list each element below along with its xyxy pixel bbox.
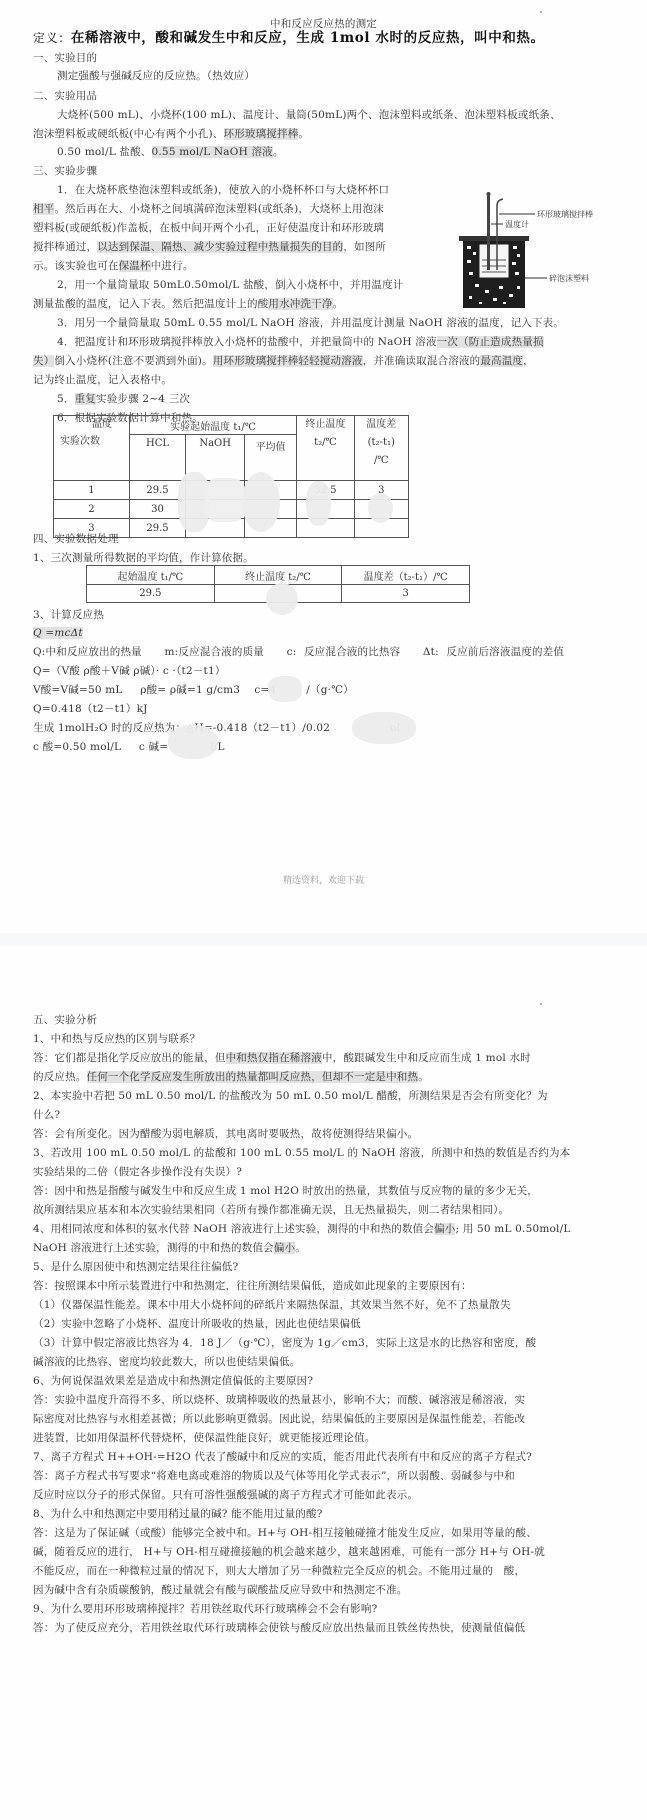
step1-line-1: 1．在大烧杯底垫泡沫塑料或纸条)，使放入的小烧杯杯口与大烧杯杯口 bbox=[57, 183, 389, 197]
materials-line-1: 大烧杯(500 mL)、小烧杯(100 mL)、温度计、量筒(50mL)两个、泡… bbox=[57, 108, 561, 122]
figure-label-stirrer: 环形玻璃搅拌棒 bbox=[537, 209, 593, 220]
text: t₂/℃ bbox=[297, 434, 353, 452]
answer-8-line-4: 因为碱中含有杂质碳酸钠，酸过量就会有酸与碳酸盐反应导致中和热测定不准。 bbox=[33, 1583, 408, 1597]
text: 0.50 mol/L 盐酸、 bbox=[57, 146, 152, 158]
text: Δt: 反应前后溶液温度的差值 bbox=[423, 646, 564, 658]
question-8: 8、为什么中和热测定中要用稍过量的碱? 能不能用过量的酸? bbox=[33, 1507, 323, 1521]
answer-3-line-1: 答：因中和热是指酸与碱发生中和反应生成 1 mol H2O 时放出的热量，其数值… bbox=[33, 1184, 538, 1198]
answer-7-line-2: 反应时应以分子的形式保留。只有可溶性强酸强碱的离子方程式才可能如此表示。 bbox=[33, 1488, 418, 1502]
answer-5-intro: 答：按照课本中所示装置进行中和热测定，往往所测结果偏低，造成如此现象的主要原因有… bbox=[33, 1279, 472, 1293]
highlight: 0.55 mol/L NaOH 溶液 bbox=[152, 146, 273, 158]
cell: 29.5 bbox=[129, 519, 185, 538]
definition-label: 定义： bbox=[33, 31, 71, 45]
answer-6-line-1: 答：实验中温度升高得不多，所以烧杯、玻璃棒吸收的热量甚小，影响不大；而酸、碱溶液… bbox=[33, 1393, 525, 1407]
highlight: 最高温度 bbox=[480, 355, 523, 367]
text: ρ酸= ρ碱=1 g/cm3 bbox=[140, 684, 240, 696]
text: c: 反应混合液的比热容 bbox=[287, 646, 401, 658]
text: ，并准确读取混合溶液的 bbox=[363, 355, 481, 367]
question-9: 9、为什么要用环形玻璃棒搅拌？若用铁丝取代环行玻璃棒会不会有影响? bbox=[33, 1602, 377, 1616]
redaction-blob bbox=[242, 472, 280, 532]
text: Q:中和反应放出的热量 bbox=[33, 646, 142, 658]
col-hcl: HCL bbox=[129, 435, 185, 481]
question-5: 5、是什么原因使中和热测定结果往往偏低? bbox=[33, 1260, 238, 1274]
section-heading-data: 四、实验数据处理 bbox=[33, 532, 119, 546]
answer-1-line-2: 的反应热。任何一个化学反应发生所放出的热量都叫反应热，但却不一定是中和热。 bbox=[33, 1070, 429, 1084]
text: c 碱= bbox=[139, 741, 168, 753]
corner-bottom: 实验次数 bbox=[60, 433, 129, 450]
highlight: 中和热仅指在稀溶液 bbox=[226, 1052, 322, 1064]
cell: 2 bbox=[54, 500, 130, 519]
redaction-blob bbox=[266, 583, 298, 615]
highlight: 用水冲洗干净 bbox=[268, 298, 332, 310]
step2-line-2: 测量盐酸的温度，记入下表。然后把温度计上的酸用水冲洗干净。 bbox=[33, 297, 343, 311]
text: 终止温度 bbox=[297, 416, 353, 434]
step1-line-3: 塑料板(或硬纸板)作盖板，在板中间开两个小孔，正好使温度计和环形玻璃 bbox=[33, 221, 384, 235]
redaction-blob bbox=[352, 712, 416, 744]
question-3-line-1: 3、若改用 100 mL 0.50 mol/L 的盐酸和 100 mL 0.55… bbox=[33, 1146, 570, 1160]
temp-diff-header: 温度差 (t₂-t₁) /℃ bbox=[354, 416, 408, 481]
start-temp-group-header: 实验起始温度 t₁/℃ bbox=[129, 416, 296, 435]
highlight: 偏小 bbox=[274, 1242, 295, 1254]
definition-text: 在稀溶液中，酸和碱发生中和反应，生成 1mol 水时的反应热，叫中和热。 bbox=[71, 30, 545, 46]
question-4-line-2: NaOH 溶液进行上述实验，测得的中和热的数值会偏小。 bbox=[33, 1241, 306, 1255]
step1-line-4: 搅拌棒通过，以达到保温、隔热、减少实验过程中热量损失的目的，如图所 bbox=[33, 240, 386, 254]
redaction-blob bbox=[306, 481, 331, 526]
text: ; 用 50 mL 0.50mol/L bbox=[455, 1223, 570, 1235]
highlight: 相平 bbox=[33, 203, 54, 215]
figure-label-thermometer: 温度计 bbox=[505, 219, 529, 230]
section-heading-steps: 三、实验步骤 bbox=[33, 164, 97, 178]
redaction-blob bbox=[205, 478, 245, 522]
text: 4．把温度计和环形玻璃搅拌棒放入小烧杯的盐酸中，并把量筒中的 NaOH 溶液 bbox=[57, 336, 437, 348]
text: 示。该实验也可在 bbox=[33, 260, 119, 272]
step2-line-1: 2．用一个量筒量取 50mL0.50mol/L 盐酸，倒入小烧杯中，并用温度计 bbox=[57, 278, 403, 292]
question-6: 6、为何说保温效果差是造成中和热测定值偏低的主要原因? bbox=[33, 1374, 313, 1388]
section-heading-purpose: 一、实验目的 bbox=[33, 51, 97, 65]
cell: 1 bbox=[54, 481, 130, 500]
document-page-1: 中和反应反应热的测定 定义：在稀溶液中，酸和碱发生中和反应，生成 1mol 水时… bbox=[0, 0, 647, 933]
text: 。 bbox=[295, 1242, 306, 1254]
equation-4: 生成 1molH₂O 时的反应热为：△H=-0.418（t2－t1）/0.02o… bbox=[33, 721, 400, 735]
step1-line-2: 相平。然后再在大、小烧杯之间填满碎泡沫塑料(或纸条)，大烧杯上用泡沫 bbox=[33, 202, 384, 216]
step5-text: 5．重复实验步骤 2~4 三次 bbox=[57, 392, 190, 406]
page-footer: 精选资料，欢迎下载 bbox=[0, 873, 647, 886]
step4-line-1: 4．把温度计和环形玻璃搅拌棒放入小烧杯的盐酸中，并把量筒中的 NaOH 溶液一次… bbox=[57, 335, 544, 349]
text: NaOH 溶液进行上述实验，测得的中和热的数值会 bbox=[33, 1242, 274, 1254]
question-2-line-1: 2、本实验中若把 50 mL 0.50 mol/L 的盐酸改为 50 mL 0.… bbox=[33, 1089, 548, 1103]
answer-5-point-3b: 碱溶液的比热容、密度均较此数大，所以也使结果偏低。 bbox=[33, 1355, 301, 1369]
answer-8-line-3: 不能反应，而在一种微粒过量的情况下，则大大增加了另一种微粒完全反应的机会。不能用… bbox=[33, 1564, 525, 1578]
answer-8-line-1: 答：这是为了保证碱（或酸）能够完全被中和。H+与 OH-相互接触碰撞才能发生反应… bbox=[33, 1526, 537, 1540]
highlight: 用环形玻璃搅拌棒轻轻搅动溶液 bbox=[213, 355, 363, 367]
calorimeter-diagram-icon bbox=[455, 190, 645, 310]
text: 实验步骤 2~4 三次 bbox=[96, 393, 190, 405]
answer-2: 答：会有所变化。因为醋酸为弱电解质，其电离时要吸热，故将使测得结果偏小。 bbox=[33, 1127, 418, 1141]
text: 测量盐酸的温度，记入下表。然后把温度计上的酸 bbox=[33, 298, 268, 310]
text: 答：它们都是指化学反应放出的能量，但 bbox=[33, 1052, 226, 1064]
text: 的反应热。 bbox=[33, 1071, 87, 1083]
document-page-2: 五、实验分析 1、中和热与反应热的区别与联系？ 答：它们都是指化学反应放出的能量… bbox=[0, 946, 647, 1820]
calorimeter-figure: 环形玻璃搅拌棒 温度计 碎泡沫塑料 bbox=[455, 190, 645, 310]
highlight: 任何一个化学反应发生所放出的热量都叫反应热，但却不一定是中和热 bbox=[87, 1071, 419, 1083]
table-corner-cell: 温度 实验次数 bbox=[54, 416, 130, 481]
highlight: 环形玻璃搅拌棒 bbox=[224, 128, 299, 140]
question-2-line-2: 什么? bbox=[33, 1108, 60, 1122]
redaction-blob bbox=[368, 493, 393, 523]
answer-7-line-1: 答：离子方程式书写要求“将难电离或难溶的物质以及气体等用化学式表示”，所以弱酸、… bbox=[33, 1469, 515, 1483]
text: ，如图所 bbox=[343, 241, 386, 253]
text: 。 bbox=[273, 146, 284, 158]
materials-line-3: 0.50 mol/L 盐酸、0.55 mol/L NaOH 溶液。 bbox=[57, 145, 284, 159]
text: 倒入小烧杯(注意不要洒到外面)。 bbox=[54, 355, 212, 367]
cell: 29.5 bbox=[87, 585, 215, 603]
equation-1: Q=（V酸 ρ酸＋V碱 ρ碱）· c ·（t2－t1） bbox=[33, 664, 226, 678]
formula: Q =mcΔt bbox=[33, 626, 83, 640]
step1-line-5: 示。该实验也可在保温杯中进行。 bbox=[33, 259, 194, 273]
step4-line-3: 记为终止温度，记入表格中。 bbox=[33, 373, 172, 387]
definition: 定义：在稀溶液中，酸和碱发生中和反应，生成 1mol 水时的反应热，叫中和热。 bbox=[33, 31, 545, 45]
purpose-text: 测定强酸与强碱反应的反应热。（热效应） bbox=[57, 69, 255, 83]
text: /（g·℃） bbox=[306, 684, 354, 696]
text: ， bbox=[523, 355, 534, 367]
answer-5-point-3a: （3）计算中假定溶液比热容为 4．18 J／（g·℃），密度为 1g／cm3，实… bbox=[33, 1336, 536, 1350]
cell: 3 bbox=[342, 585, 470, 603]
end-temp-header: 终止温度 t₂/℃ bbox=[297, 416, 354, 481]
text: 中进行。 bbox=[151, 260, 194, 272]
highlight: 失） bbox=[33, 355, 54, 367]
text: 中，酸跟碱发生中和反应而生成 1 mol 水时 bbox=[322, 1052, 531, 1064]
highlight: 保温杯 bbox=[119, 260, 151, 272]
highlight: 偏小 bbox=[434, 1223, 455, 1235]
text: 泡沫塑料板或硬纸板(中心有两个小孔)、 bbox=[33, 128, 224, 140]
answer-5-point-2: （2）实验中忽略了小烧杯、温度计所吸收的热量，因此也使结果偏低 bbox=[33, 1317, 361, 1331]
page-title: 中和反应反应热的测定 bbox=[0, 17, 647, 31]
redaction-blob bbox=[168, 725, 218, 759]
page-dot bbox=[540, 11, 542, 13]
answer-9: 答：为了使反应充分，若用铁丝取代环行玻璃棒会使铁与酸反应放出热量而且铁丝传热快，… bbox=[33, 1621, 525, 1635]
step3-text: 3．用另一个量筒量取 50mL 0.55 mol/L NaOH 溶液，并用温度计… bbox=[57, 316, 564, 330]
text: (t₂-t₁) bbox=[355, 434, 408, 452]
question-3-line-2: 实验结果的二倍（假定各步操作没有失误）? bbox=[33, 1165, 242, 1179]
text: V酸=V碱=50 mL bbox=[33, 684, 123, 696]
question-4-line-1: 4、用相同浓度和体积的氨水代替 NaOH 溶液进行上述实验，测得的中和热的数值会… bbox=[33, 1222, 571, 1236]
figure-label-foam: 碎泡沫塑料 bbox=[549, 273, 589, 284]
header-start-temp: 起始温度 t₁/℃ bbox=[87, 566, 215, 585]
answer-6-line-3: 进装置，比如用保温杯代替烧杯，使保温性能良好，就更能接近理论值。 bbox=[33, 1431, 375, 1445]
text: 。 bbox=[298, 128, 309, 140]
text: 温度差 bbox=[355, 416, 408, 434]
highlight: 重复 bbox=[75, 393, 96, 405]
text: 。 bbox=[333, 298, 344, 310]
equation-2: V酸=V碱=50 mL ρ酸= ρ碱=1 g/cm3 c=4/（g·℃） bbox=[33, 683, 354, 697]
text: 搅拌棒通过， bbox=[33, 241, 97, 253]
answer-3-line-2: 故所测结果应基本和本次实验结果相同（若所有操作都准确无误，且无热量损失，则二者结… bbox=[33, 1203, 509, 1217]
calc-heading: 3、计算反应热 bbox=[33, 608, 104, 622]
highlight: Q =mcΔt bbox=[33, 627, 83, 639]
equation-3: Q=0.418（t2－t1）kJ bbox=[33, 702, 148, 716]
header-temp-diff: 温度差（t₂-t₁）/℃ bbox=[342, 566, 470, 585]
redaction-blob bbox=[268, 676, 302, 702]
corner-top: 温度 bbox=[60, 416, 129, 433]
highlight: 一次（防止造成热量损 bbox=[437, 336, 544, 348]
question-7: 7、离子方程式 H++OH-=H2O 代表了酸碱中和反应的实质，能否用此代表所有… bbox=[33, 1450, 532, 1464]
text: /℃ bbox=[355, 452, 408, 470]
question-1: 1、中和热与反应热的区别与联系？ bbox=[33, 1032, 200, 1046]
step4-line-2: 失）倒入小烧杯(注意不要洒到外面)。用环形玻璃搅拌棒轻轻搅动溶液，并准确读取混合… bbox=[33, 354, 534, 368]
section-heading-materials: 二、实验用品 bbox=[33, 89, 97, 103]
text: c 酸=0.50 mol/L bbox=[33, 741, 121, 753]
materials-line-2: 泡沫塑料板或硬纸板(中心有两个小孔)、环形玻璃搅拌棒。 bbox=[33, 127, 309, 141]
answer-6-line-2: 际密度对比热容与水相差甚微；所以此影响更微弱。因此说，结果偏低的主要原因是保温性… bbox=[33, 1412, 525, 1426]
answer-1-line-1: 答：它们都是指化学反应放出的能量，但中和热仅指在稀溶液中，酸跟碱发生中和反应而生… bbox=[33, 1051, 531, 1065]
page-dot bbox=[540, 1003, 542, 1005]
highlight: 以达到保温、隔热、减少实验过程中热量损失的目的 bbox=[97, 241, 343, 253]
text: 5． bbox=[57, 393, 75, 405]
text: 4、用相同浓度和体积的氨水代替 NaOH 溶液进行上述实验，测得的中和热的数值会 bbox=[33, 1223, 434, 1235]
answer-8-line-2: 碱，随着反应的进行， H+与 OH-相互碰撞接触的机会越来越少，越来越困难，可能… bbox=[33, 1545, 545, 1559]
page-separator bbox=[0, 933, 647, 946]
section-heading-analysis: 五、实验分析 bbox=[33, 1013, 97, 1027]
text: m:反应混合液的质量 bbox=[164, 646, 264, 658]
data-item-1: 1、三次测量所得数据的平均值，作计算依据。 bbox=[33, 551, 254, 565]
header-end-temp: 终止温度 t₂/℃ bbox=[214, 566, 342, 585]
answer-5-point-1: （1）仪器保温性能差。课本中用大小烧杯间的碎纸片来隔热保温，其效果当然不好，免不… bbox=[33, 1298, 511, 1312]
text: 。 bbox=[418, 1071, 429, 1083]
text: 。然后再在大、小烧杯之间填满碎泡沫塑料(或纸条)，大烧杯上用泡沫 bbox=[54, 203, 384, 215]
formula-legend: Q:中和反应放出的热量 m:反应混合液的质量 c: 反应混合液的比热容 Δt: … bbox=[33, 645, 564, 659]
